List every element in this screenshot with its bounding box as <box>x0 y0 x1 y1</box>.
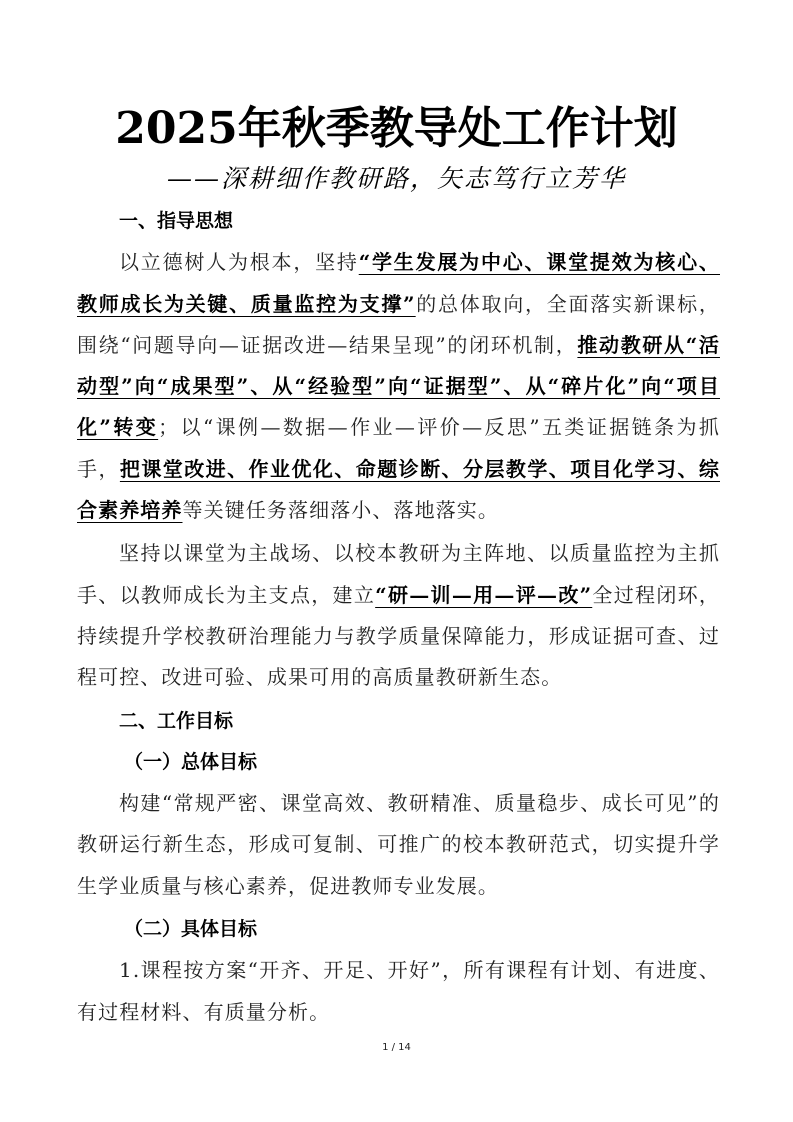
section-heading-guiding-ideology: 一、指导思想 <box>77 201 720 242</box>
section-heading-work-goals: 二、工作目标 <box>77 701 720 742</box>
page-indicator: 1 / 14 <box>0 1042 793 1053</box>
list-item-specific-goal-1: 1.课程按方案“开齐、开足、开好”，所有课程有计划、有进度、有过程材料、有质量分… <box>77 950 720 1033</box>
text-run: 以立德树人为根本，坚持 <box>119 250 359 274</box>
document-subtitle: ——深耕细作教研路，矢志笃行立芳华 <box>0 162 793 196</box>
subsection-heading-specific-goals: （二）具体目标 <box>77 909 720 950</box>
paragraph-guiding-ideology-2: 坚持以课堂为主战场、以校本教研为主阵地、以质量监控为主抓手、以教师成长为主支点，… <box>77 533 720 698</box>
paragraph-guiding-ideology-1: 以立德树人为根本，坚持“学生发展为中心、课堂提效为核心、教师成长为关键、质量监控… <box>77 242 720 531</box>
text-run: 等关键任务落细落小、落地落实。 <box>183 498 500 522</box>
document-body: 一、指导思想 以立德树人为根本，坚持“学生发展为中心、课堂提效为核心、教师成长为… <box>77 201 720 1033</box>
document-page: 2025年秋季教导处工作计划 ——深耕细作教研路，矢志笃行立芳华 一、指导思想 … <box>0 0 793 1122</box>
emphasis-run: “研—训—用—评—改” <box>375 583 592 607</box>
subsection-heading-overall-goals: （一）总体目标 <box>77 742 720 783</box>
document-title: 2025年秋季教导处工作计划 <box>0 100 793 158</box>
paragraph-overall-goals: 构建“常规严密、课堂高效、教研精准、质量稳步、成长可见”的教研运行新生态，形成可… <box>77 783 720 907</box>
